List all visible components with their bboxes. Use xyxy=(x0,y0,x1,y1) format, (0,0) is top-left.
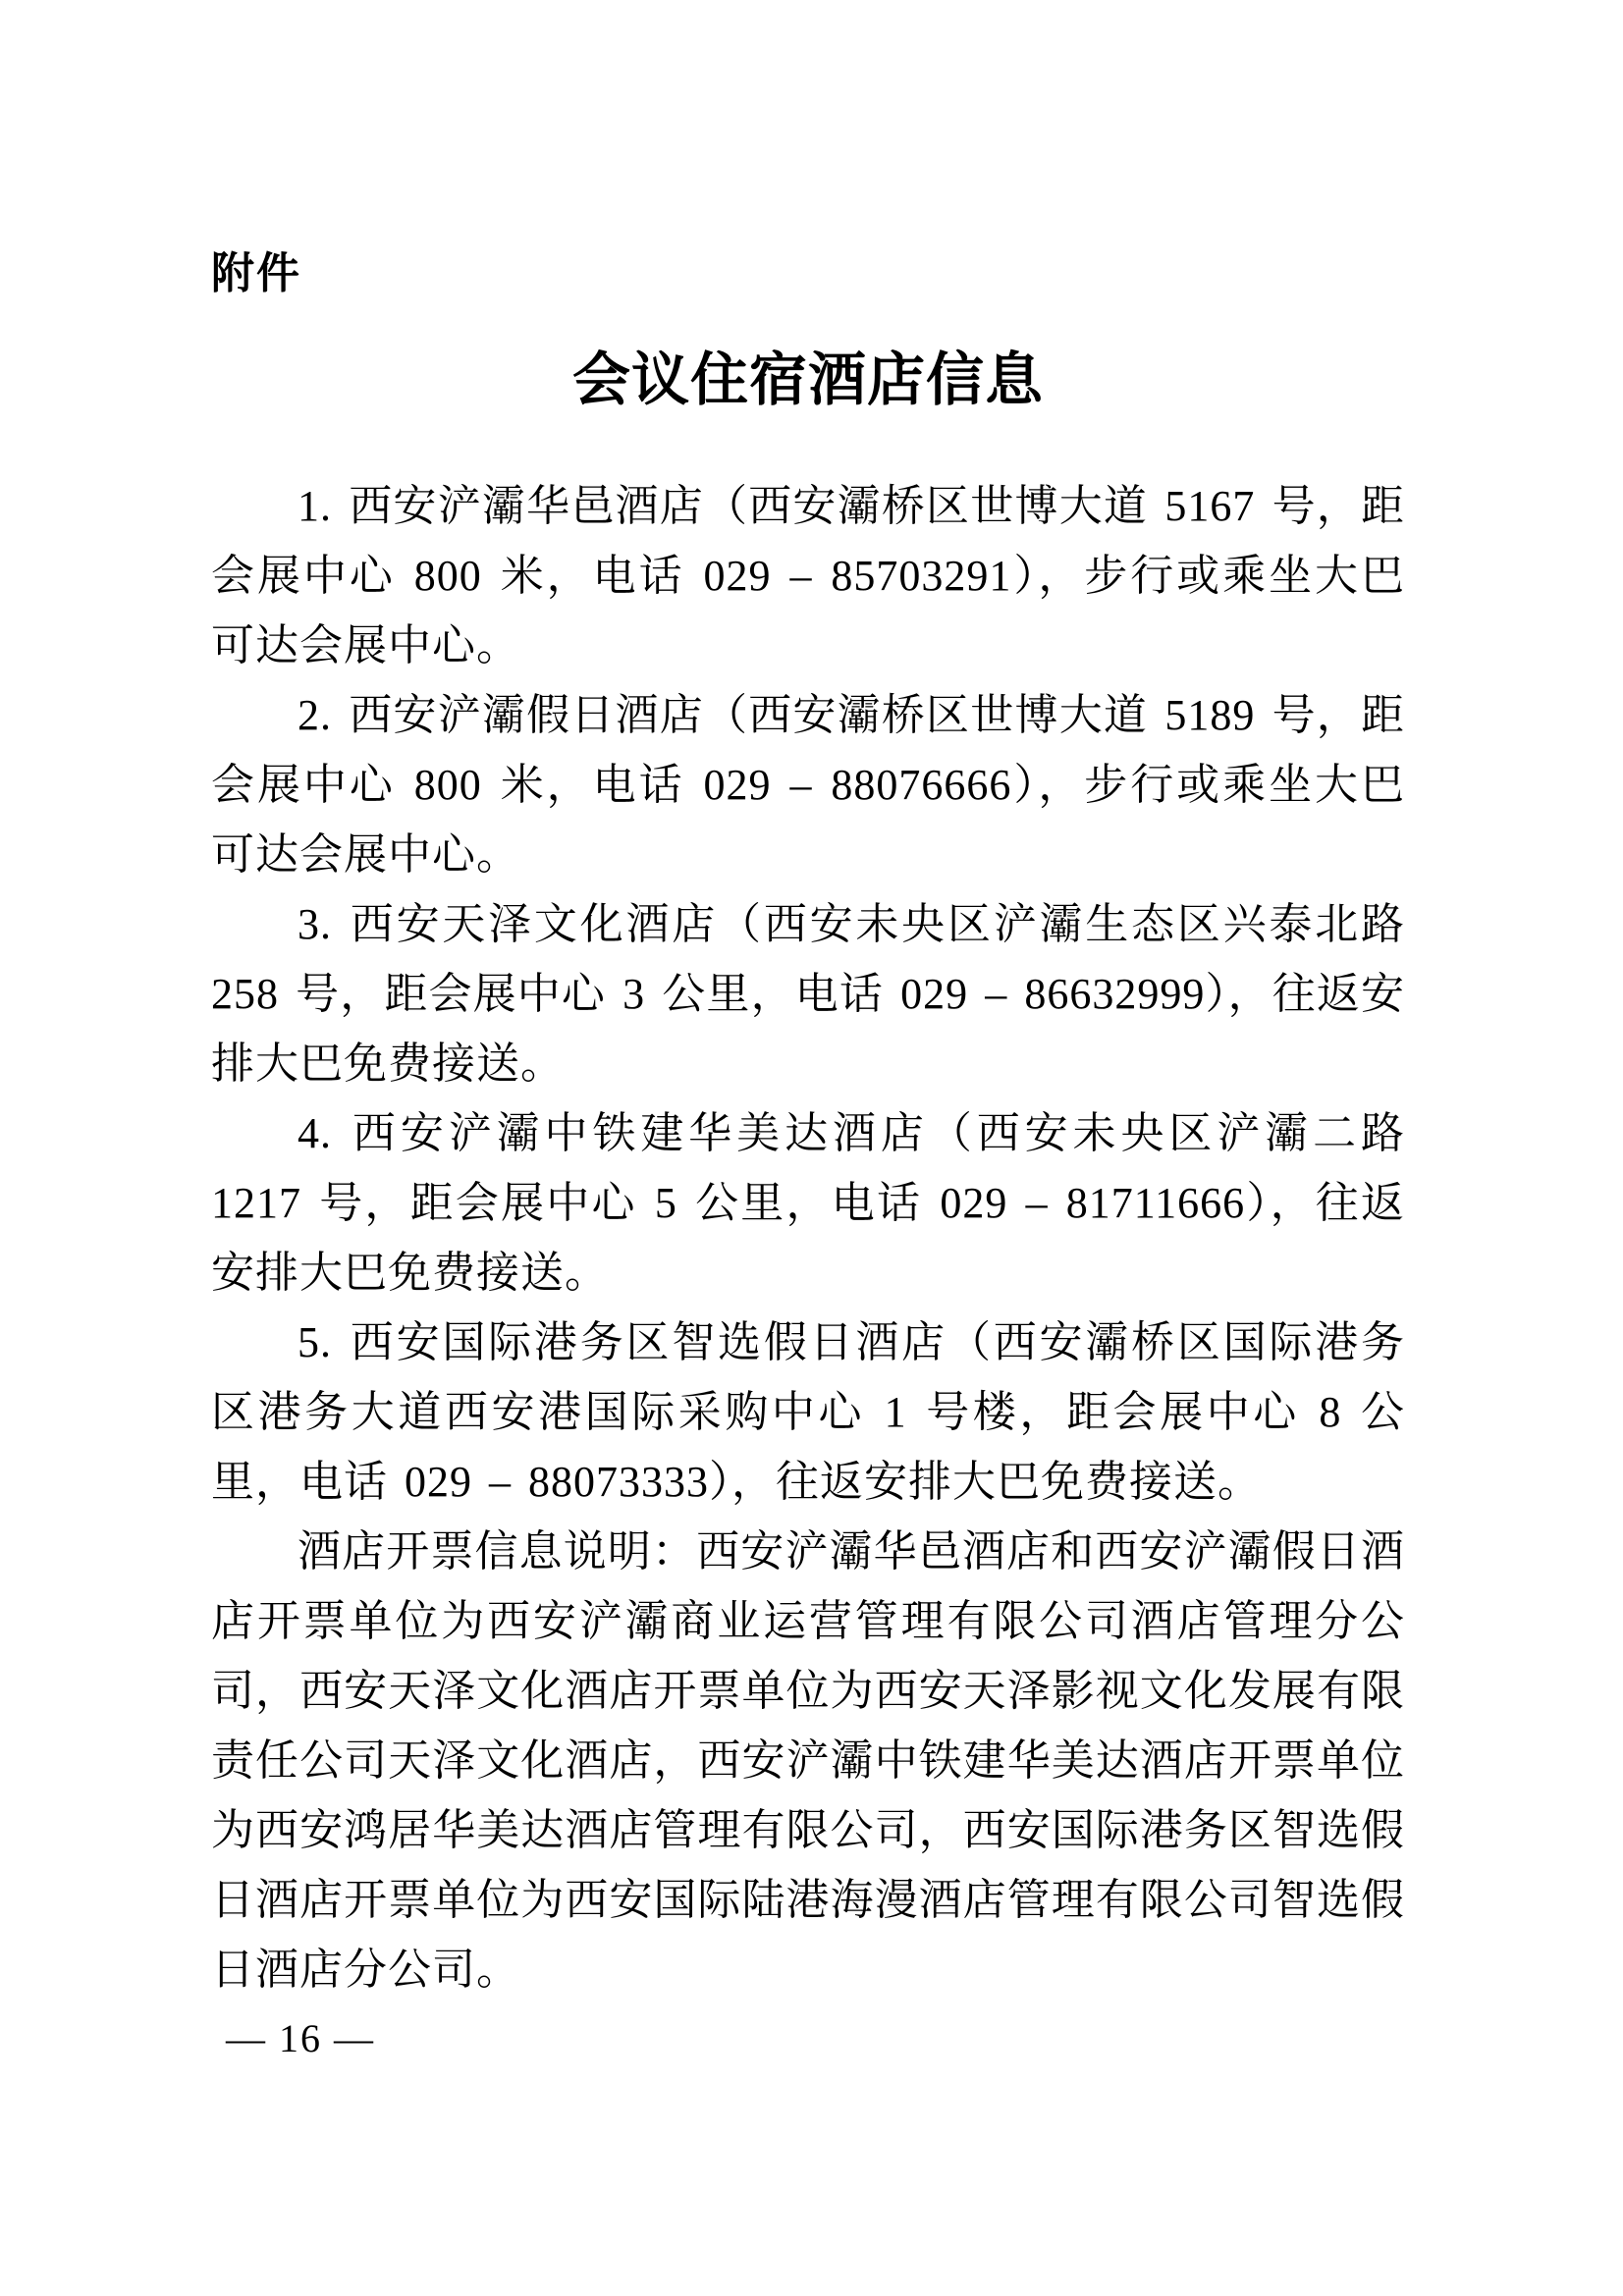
document-page: 附件 会议住宿酒店信息 1. 西安浐灞华邑酒店（西安灞桥区世博大道 5167 号… xyxy=(0,0,1623,2296)
invoice-info-paragraph: 酒店开票信息说明：西安浐灞华邑酒店和西安浐灞假日酒店开票单位为西安浐灞商业运营管… xyxy=(211,1517,1405,2004)
hotel-item-3: 3. 西安天泽文化酒店（西安未央区浐灞生态区兴泰北路 258 号，距会展中心 3… xyxy=(211,889,1405,1098)
hotel-item-4: 4. 西安浐灞中铁建华美达酒店（西安未央区浐灞二路 1217 号，距会展中心 5… xyxy=(211,1098,1405,1308)
attachment-label: 附件 xyxy=(211,238,301,300)
page-title: 会议住宿酒店信息 xyxy=(211,346,1405,415)
hotel-item-1: 1. 西安浐灞华邑酒店（西安灞桥区世博大道 5167 号，距会展中心 800 米… xyxy=(211,471,1405,680)
hotel-item-5: 5. 西安国际港务区智选假日酒店（西安灞桥区国际港务区港务大道西安港国际采购中心… xyxy=(211,1308,1405,1517)
hotel-item-2: 2. 西安浐灞假日酒店（西安灞桥区世博大道 5189 号，距会展中心 800 米… xyxy=(211,680,1405,889)
page-number: — 16 — xyxy=(226,2015,375,2061)
document-body: 1. 西安浐灞华邑酒店（西安灞桥区世博大道 5167 号，距会展中心 800 米… xyxy=(211,471,1405,2004)
